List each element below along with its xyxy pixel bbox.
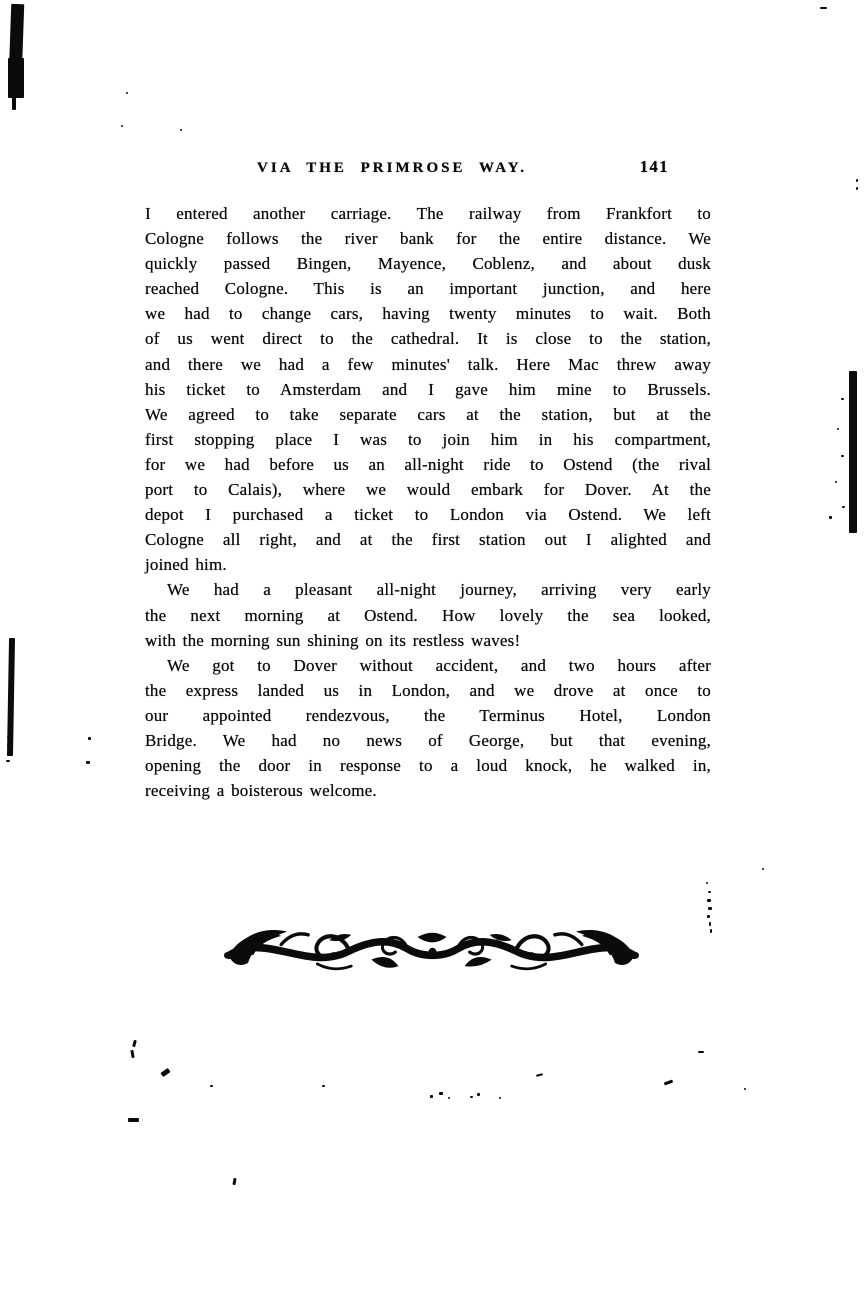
- scan-artifact: [762, 868, 764, 870]
- scan-artifact: [8, 58, 24, 98]
- floral-tailpiece-ornament: [221, 923, 642, 979]
- text-line: We had a pleasant all-night journey, arr…: [145, 577, 711, 602]
- body-text: I entered another carriage. The railway …: [145, 201, 711, 803]
- scan-artifact: [856, 179, 858, 182]
- scan-artifact: [470, 1096, 473, 1098]
- scan-artifact: [180, 129, 182, 131]
- scan-artifact: [841, 398, 844, 400]
- scan-artifact: [322, 1085, 325, 1087]
- text-line: port to Calais), where we would embark f…: [145, 477, 711, 502]
- text-line: his ticket to Amsterdam and I gave him m…: [145, 377, 711, 402]
- text-line: of us went direct to the cathedral. It i…: [145, 326, 711, 351]
- text-line: opening the door in response to a loud k…: [145, 753, 711, 778]
- scan-artifact: [86, 761, 90, 764]
- scan-artifact: [664, 1080, 673, 1086]
- scan-artifact: [7, 752, 12, 754]
- scan-artifact: [160, 1068, 170, 1077]
- floral-tailpiece-graphic: [221, 923, 642, 979]
- running-head: VIA THE PRIMROSE WAY. 141: [145, 160, 711, 184]
- running-head-title: VIA THE PRIMROSE WAY.: [145, 160, 639, 177]
- text-line: I entered another carriage. The railway …: [145, 201, 711, 226]
- scan-artifact: [88, 737, 91, 740]
- scan-artifact: [7, 744, 11, 746]
- scan-artifact: [856, 187, 858, 190]
- text-line: We got to Dover without accident, and tw…: [145, 653, 711, 678]
- text-line: for we had before us an all-night ride t…: [145, 452, 711, 477]
- scan-artifact: [232, 1178, 236, 1185]
- text-line: We agreed to take separate cars at the s…: [145, 402, 711, 427]
- scan-artifact: [707, 915, 710, 918]
- scan-artifact: [841, 455, 844, 457]
- text-line: quickly passed Bingen, Mayence, Coblenz,…: [145, 251, 711, 276]
- scan-artifact: [6, 760, 10, 762]
- scan-artifact: [430, 1095, 433, 1098]
- scan-artifact: [132, 1040, 137, 1048]
- scan-artifact: [829, 516, 832, 519]
- text-line: Cologne all right, and at the first stat…: [145, 527, 711, 552]
- scan-artifact: [708, 907, 712, 910]
- scan-artifact: [698, 1051, 704, 1053]
- text-line: joined him.: [145, 552, 711, 577]
- scan-artifact: [849, 371, 857, 533]
- scan-artifact: [708, 891, 711, 893]
- scan-artifact: [448, 1097, 450, 1099]
- text-line: we had to change cars, having twenty min…: [145, 301, 711, 326]
- text-line: reached Cologne. This is an important ju…: [145, 276, 711, 301]
- scan-artifact: [477, 1093, 480, 1096]
- scan-artifact: [837, 428, 839, 430]
- scan-artifact: [709, 922, 711, 926]
- text-line: depot I purchased a ticket to London via…: [145, 502, 711, 527]
- text-line: the next morning at Ostend. How lovely t…: [145, 603, 711, 628]
- scan-artifact: [130, 1050, 134, 1058]
- scan-artifact: [210, 1085, 213, 1087]
- scan-artifact: [121, 125, 123, 127]
- paragraph: I entered another carriage. The railway …: [145, 201, 711, 577]
- scan-artifact: [707, 899, 711, 902]
- scan-artifact: [7, 736, 12, 738]
- page-number: 141: [640, 157, 669, 177]
- scan-artifact: [7, 638, 15, 756]
- book-page: VIA THE PRIMROSE WAY. 141 I entered anot…: [0, 0, 865, 1292]
- scan-artifact: [126, 92, 128, 94]
- paragraph: We got to Dover without accident, and tw…: [145, 653, 711, 804]
- text-line: first stopping place I was to join him i…: [145, 427, 711, 452]
- scan-artifact: [536, 1073, 543, 1077]
- scan-artifact: [744, 1088, 746, 1090]
- text-line: receiving a boisterous welcome.: [145, 778, 711, 803]
- text-line: the express landed us in London, and we …: [145, 678, 711, 703]
- text-line: Bridge. We had no news of George, but th…: [145, 728, 711, 753]
- text-line: and there we had a few minutes' talk. He…: [145, 352, 711, 377]
- text-line: Cologne follows the river bank for the e…: [145, 226, 711, 251]
- text-line: our appointed rendezvous, the Terminus H…: [145, 703, 711, 728]
- scan-artifact: [820, 7, 827, 9]
- scan-artifact: [149, 642, 151, 644]
- scan-artifact: [706, 882, 708, 884]
- scan-artifact: [12, 96, 16, 110]
- scan-artifact: [842, 506, 845, 508]
- scan-artifact: [128, 1118, 139, 1122]
- scan-artifact: [835, 481, 837, 483]
- text-line: with the morning sun shining on its rest…: [145, 628, 711, 653]
- paragraph: We had a pleasant all-night journey, arr…: [145, 577, 711, 652]
- scan-artifact: [499, 1097, 501, 1099]
- scan-artifact: [710, 929, 712, 933]
- scan-artifact: [439, 1092, 443, 1095]
